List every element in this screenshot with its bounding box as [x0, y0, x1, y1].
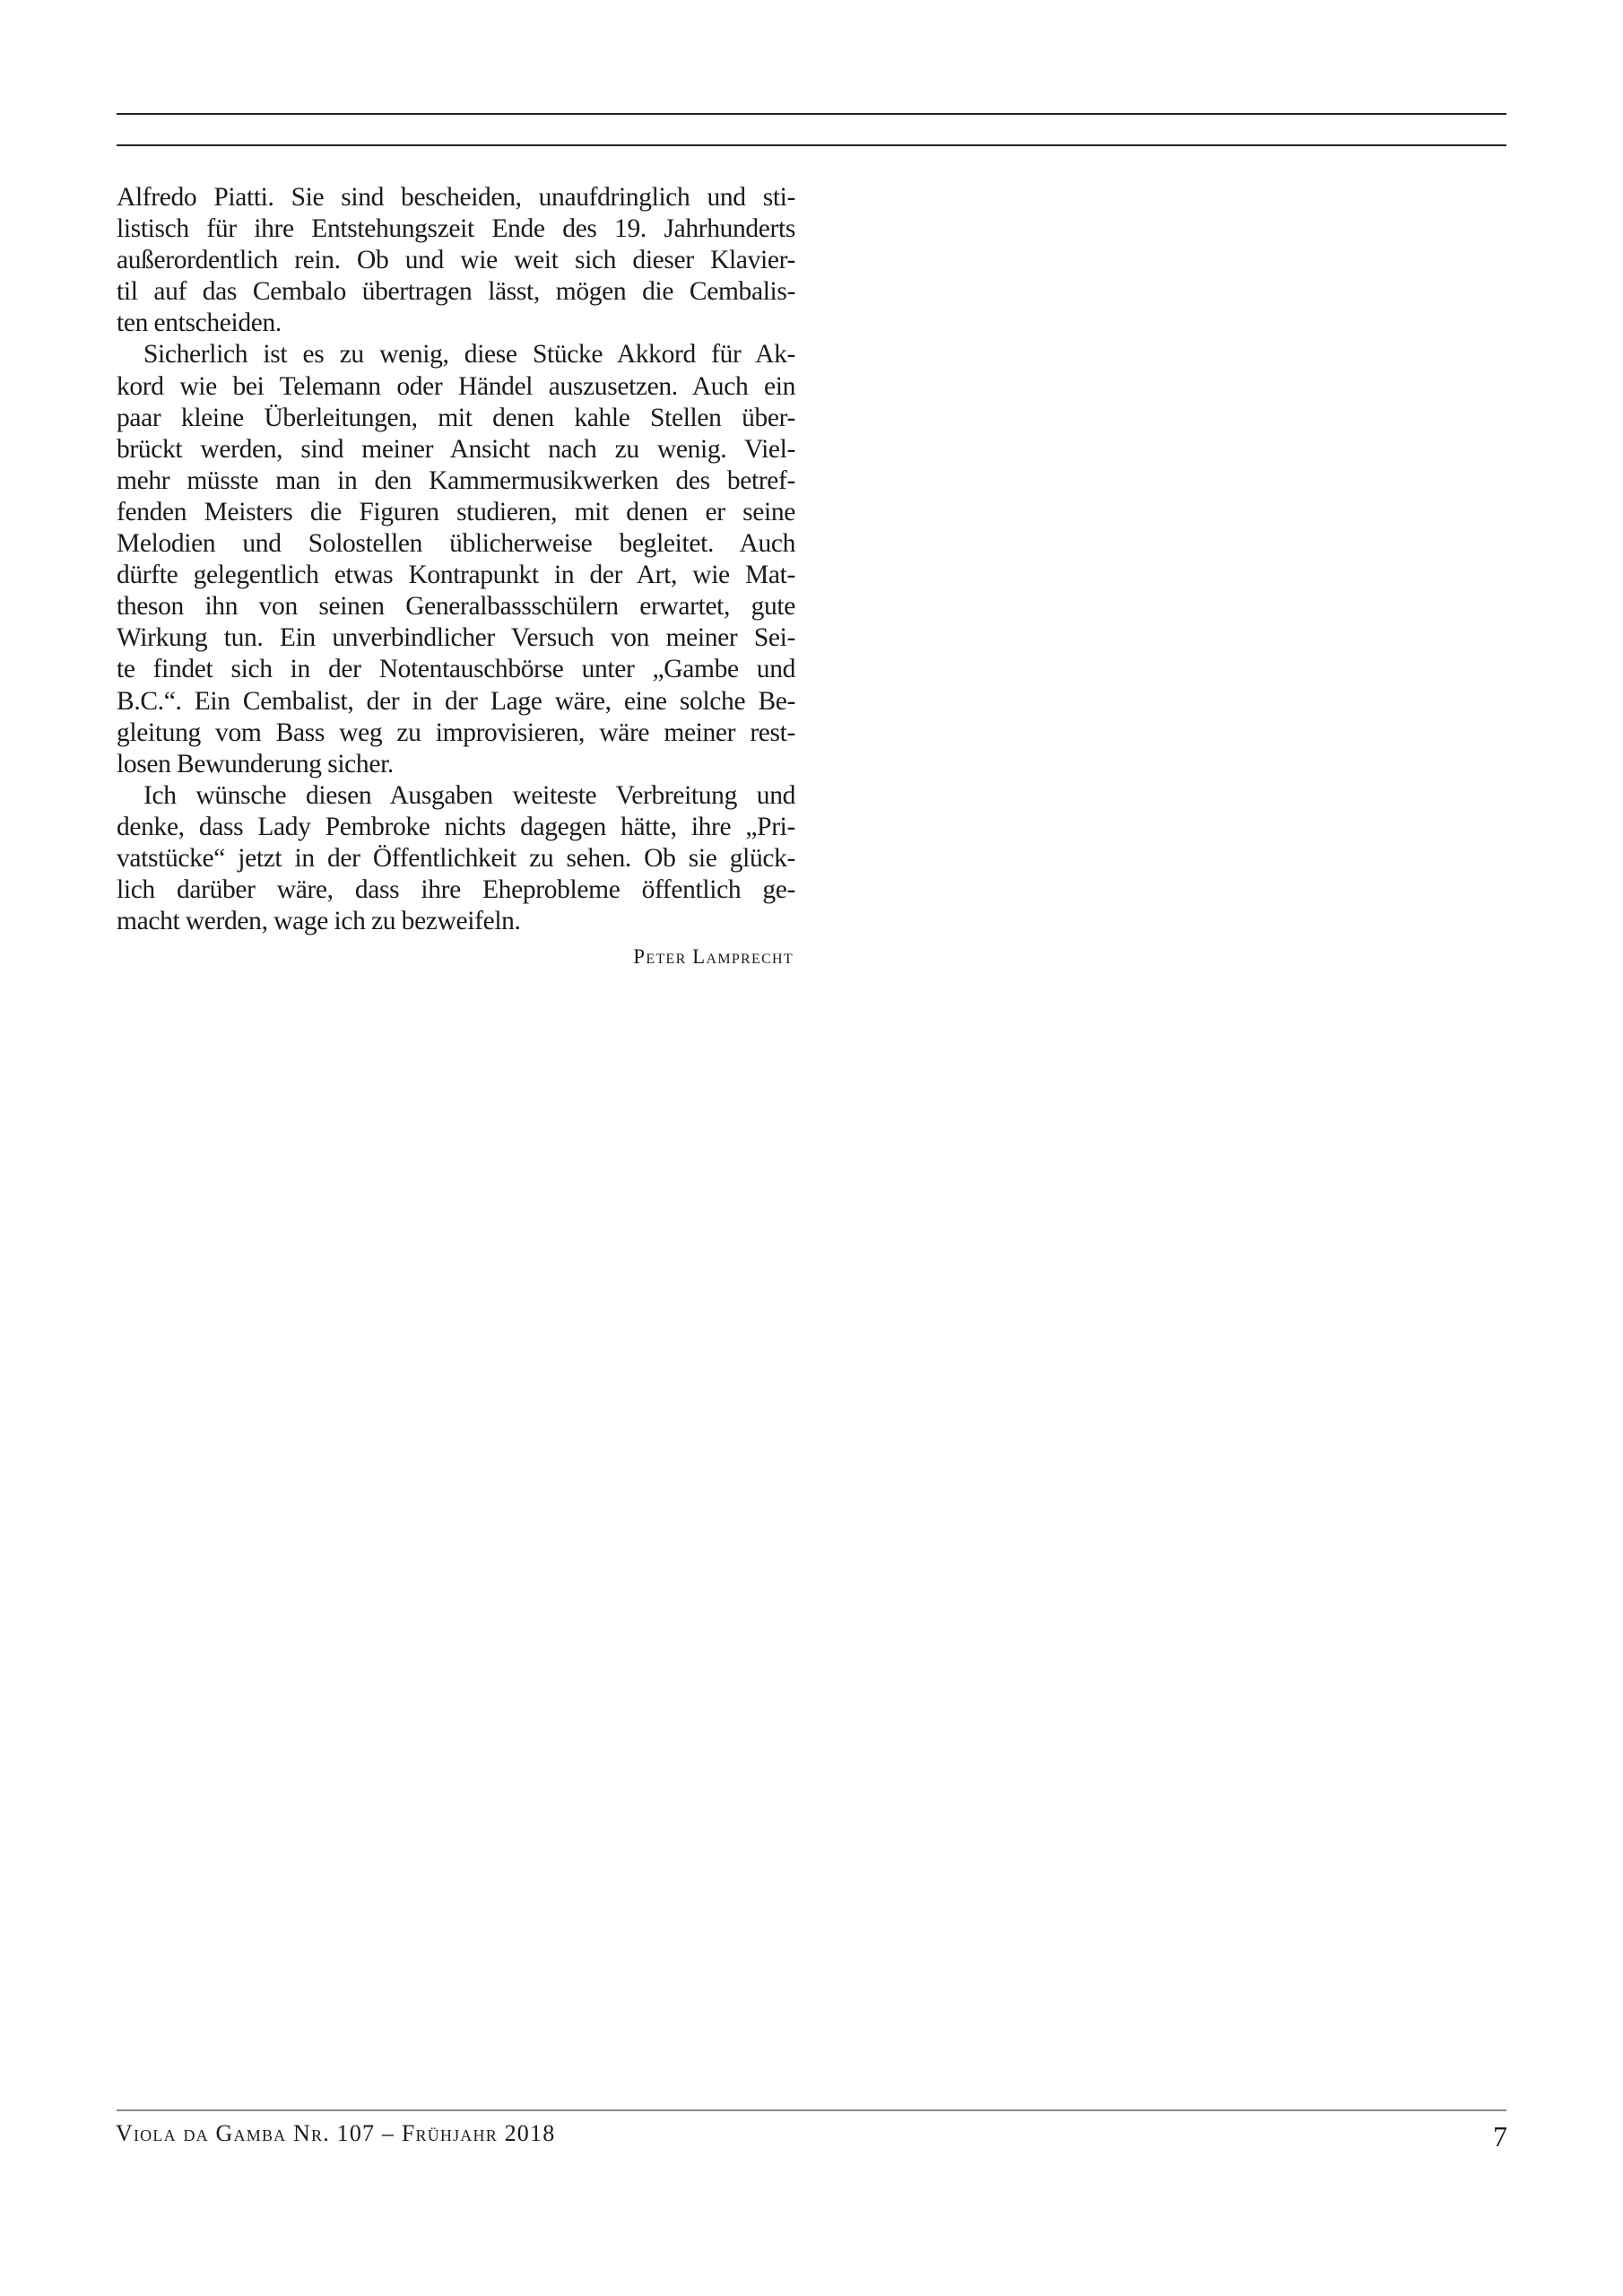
text-line: B.C.“. Ein Cembalist, der in der Lage wä… — [117, 686, 795, 717]
text-line: til auf das Cembalo übertragen lässt, mö… — [117, 276, 795, 308]
page-number: 7 — [1493, 2120, 1507, 2153]
text-line: Alfredo Piatti. Sie sind bescheiden, una… — [117, 182, 795, 213]
text-line: mehr müsste man in den Kammermusikwerken… — [117, 465, 795, 497]
footer-publication: Viola da Gamba Nr. 107 – Frühjahr 2018 — [116, 2120, 555, 2147]
footer-rule — [117, 2109, 1506, 2111]
author-signature: Peter Lamprecht — [117, 941, 795, 972]
header-rule-top — [117, 113, 1506, 115]
text-line: gleitung vom Bass weg zu improvisieren, … — [117, 717, 795, 749]
text-line: losen Bewunderung sicher. — [117, 749, 795, 780]
paragraph-3: Ich wünsche diesen Ausgaben weiteste Ver… — [117, 780, 795, 937]
text-line: dürfte gelegentlich etwas Kontrapunkt in… — [117, 560, 795, 591]
text-line: lich darüber wäre, dass ihre Eheprobleme… — [117, 874, 795, 906]
text-line: te findet sich in der Notentauschbörse u… — [117, 654, 795, 685]
text-line: denke, dass Lady Pembroke nichts dagegen… — [117, 812, 795, 843]
text-line: brückt werden, sind meiner Ansicht nach … — [117, 434, 795, 465]
header-rule-bottom — [117, 144, 1506, 146]
text-line: macht werden, wage ich zu bezweifeln. — [117, 906, 795, 937]
text-line: Wirkung tun. Ein unverbindlicher Versuch… — [117, 622, 795, 654]
text-line: fenden Meisters die Figuren studieren, m… — [117, 497, 795, 528]
text-line: listisch für ihre Entstehungszeit Ende d… — [117, 213, 795, 245]
text-line: kord wie bei Telemann oder Händel auszus… — [117, 371, 795, 403]
text-line: ten entscheiden. — [117, 308, 795, 339]
paragraph-1: Alfredo Piatti. Sie sind bescheiden, una… — [117, 182, 795, 339]
paragraph-2: Sicherlich ist es zu wenig, diese Stücke… — [117, 339, 795, 779]
text-line: Sicherlich ist es zu wenig, diese Stücke… — [117, 339, 795, 370]
text-line: Melodien und Solostellen üblicherweise b… — [117, 528, 795, 560]
text-line: außerordentlich rein. Ob und wie weit si… — [117, 245, 795, 276]
text-line: theson ihn von seinen Generalbassschüler… — [117, 591, 795, 622]
article-column: Alfredo Piatti. Sie sind bescheiden, una… — [117, 182, 795, 972]
text-line: Ich wünsche diesen Ausgaben weiteste Ver… — [117, 780, 795, 812]
text-line: paar kleine Überleitungen, mit denen kah… — [117, 403, 795, 434]
text-line: vatstücke“ jetzt in der Öffentlichkeit z… — [117, 843, 795, 874]
